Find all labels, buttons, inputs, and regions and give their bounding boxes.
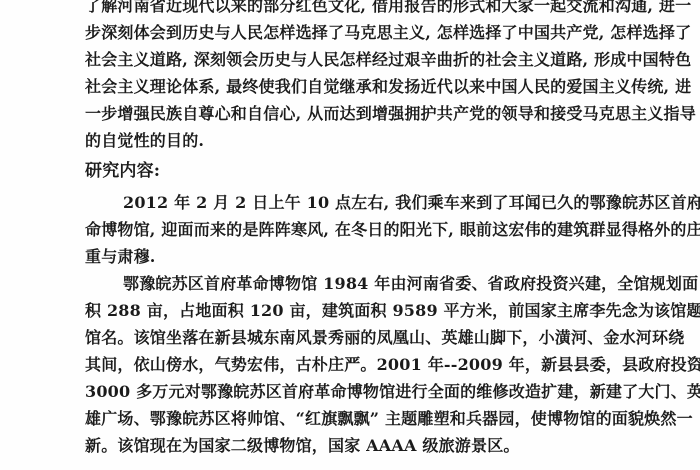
document-text-column: 了解河南省近现代以来的部分红色文化, 借用报告的形式和大家一起交流和沟通, 进一… [85, 0, 645, 459]
paragraph-3: 鄂豫皖苏区首府革命博物馆 1984 年由河南省委、省政府投资兴建，全馆规划面积 … [85, 270, 645, 459]
document-page: 了解河南省近现代以来的部分红色文化, 借用报告的形式和大家一起交流和沟通, 进一… [0, 0, 700, 470]
paragraph-0: 了解河南省近现代以来的部分红色文化, 借用报告的形式和大家一起交流和沟通, 进一… [85, 0, 645, 154]
heading-line: 研究内容: [85, 158, 645, 185]
text-line: 其间，依山傍水，气势宏伟，古朴庄严。2001 年--2009 年，新县县委，县政… [85, 351, 645, 378]
text-line: 2012 年 2 月 2 日上午 10 点左右, 我们乘车来到了耳闻已久的鄂豫皖… [85, 189, 645, 216]
text-line: 雄广场、鄂豫皖苏区将帅馆、“红旗飘飘” 主题雕塑和兵器园，使博物馆的面貌焕然一 [85, 405, 645, 432]
text-line: 步深刻体会到历史与人民怎样选择了马克思主义, 怎样选择了中国共产党, 怎样选择了 [85, 19, 645, 46]
text-line: 一步增强民族自尊心和自信心, 从而达到增强拥护共产党的领导和接受马克思主义指导 [85, 100, 645, 127]
text-line: 重与肃穆. [85, 243, 645, 270]
text-line: 积 288 亩，占地面积 120 亩，建筑面积 9589 平方米，前国家主席李先… [85, 297, 645, 324]
section-heading: 研究内容: [85, 158, 645, 185]
text-line: 的自觉性的目的. [85, 127, 645, 154]
text-line: 鄂豫皖苏区首府革命博物馆 1984 年由河南省委、省政府投资兴建，全馆规划面 [85, 270, 645, 297]
text-line: 了解河南省近现代以来的部分红色文化, 借用报告的形式和大家一起交流和沟通, 进一 [85, 0, 645, 19]
text-line: 命博物馆, 迎面而来的是阵阵寒风, 在冬日的阳光下, 眼前这宏伟的建筑群显得格外… [85, 216, 645, 243]
paragraph-2: 2012 年 2 月 2 日上午 10 点左右, 我们乘车来到了耳闻已久的鄂豫皖… [85, 189, 645, 270]
text-line: 新。该馆现在为国家二级博物馆，国家 AAAA 级旅游景区。 [85, 432, 645, 459]
text-line: 社会主义道路, 深刻领会历史与人民怎样经过艰辛曲折的社会主义道路, 形成中国特色 [85, 46, 645, 73]
text-line: 馆名。该馆坐落在新县城东南风景秀丽的凤凰山、英雄山脚下，小潢河、金水河环绕 [85, 324, 645, 351]
text-line: 社会主义理论体系, 最终使我们自觉继承和发扬近代以来中国人民的爱国主义传统, 进 [85, 73, 645, 100]
text-line: 3000 多万元对鄂豫皖苏区首府革命博物馆进行全面的维修改造扩建，新建了大门、英 [85, 378, 645, 405]
